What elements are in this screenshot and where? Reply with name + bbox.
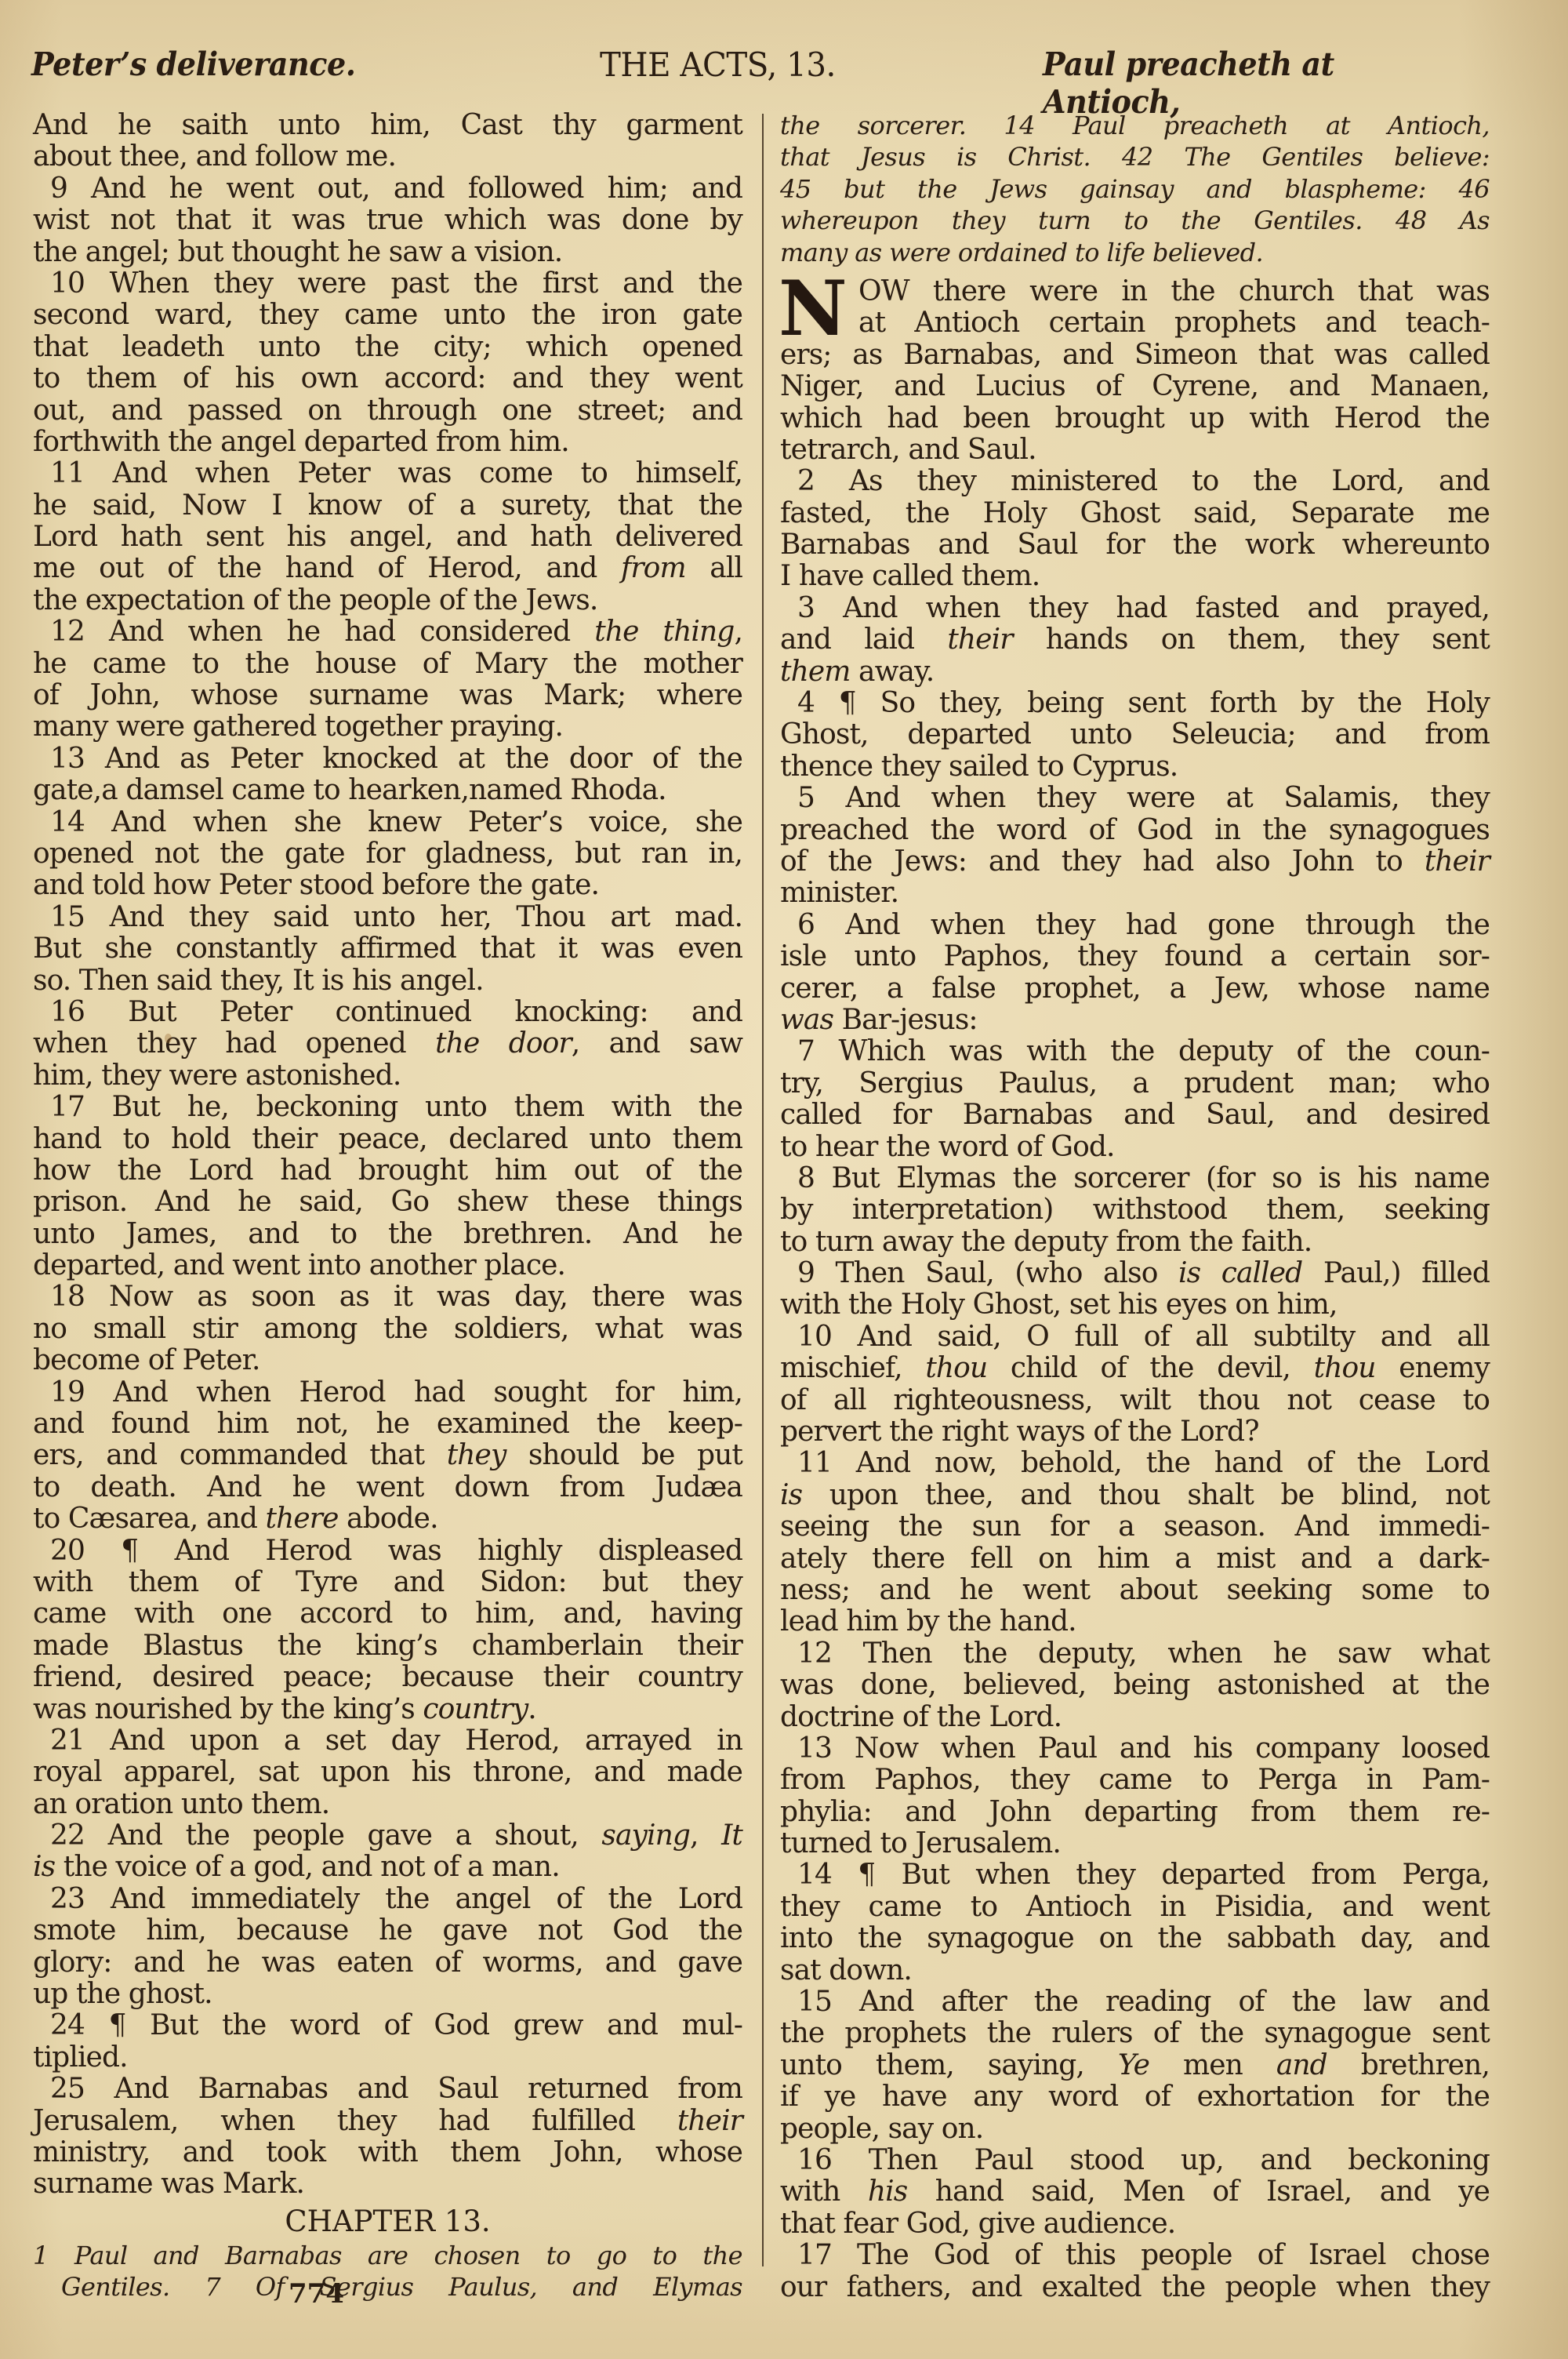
drop-cap: N <box>779 278 848 340</box>
text-line: 6 And when they had gone through the <box>780 910 1490 941</box>
text-line: sat down. <box>780 1955 1490 1986</box>
text-line: how the Lord had brought him out of the <box>33 1155 742 1187</box>
text-line: to turn away the deputy from the faith. <box>780 1227 1490 1258</box>
text-line: lead him by the hand. <box>780 1606 1490 1637</box>
text-line: by interpretation) withstood them, seeki… <box>780 1194 1490 1226</box>
text-line: that fear God, give audience. <box>780 2208 1490 2240</box>
running-head-left: Peter’s deliverance. <box>31 45 356 83</box>
left-column-text: And he saith unto him, Cast thy garmenta… <box>33 110 742 2201</box>
text-line: was done, believed, being astonished at … <box>780 1670 1490 1701</box>
text-line: surname was Mark. <box>33 2168 742 2200</box>
text-line: OW there were in the church that was <box>780 276 1490 307</box>
summary-line: whereupon they turn to the Gentiles. 48 … <box>780 205 1490 236</box>
text-line: forthwith the angel departed from him. <box>33 427 742 458</box>
running-head: Peter’s deliverance. THE ACTS, 13. Paul … <box>31 45 1490 93</box>
text-line: 10 When they were past the first and the <box>33 268 742 300</box>
text-line: out, and passed on through one street; a… <box>33 395 742 427</box>
text-line: into the synagogue on the sabbath day, a… <box>780 1923 1490 1954</box>
text-line: with his hand said, Men of Israel, and y… <box>780 2176 1490 2208</box>
text-line: phylia: and John departing from them re- <box>780 1797 1490 1828</box>
text-line: minister. <box>780 878 1490 909</box>
text-line: departed, and went into another place. <box>33 1250 742 1281</box>
text-line: called for Barnabas and Saul, and desire… <box>780 1100 1490 1131</box>
text-line: was nourished by the king’s country. <box>33 1694 742 1725</box>
text-line: the angel; but thought he saw a vision. <box>33 237 742 268</box>
text-line: Lord hath sent his angel, and hath deliv… <box>33 522 742 553</box>
text-line: 21 And upon a set day Herod, arrayed in <box>33 1725 742 1757</box>
text-line: 15 And they said unto her, Thou art mad. <box>33 902 742 933</box>
text-line: 25 And Barnabas and Saul returned from <box>33 2074 742 2105</box>
text-line: to death. And he went down from Judæa <box>33 1472 742 1503</box>
text-line: Niger, and Lucius of Cyrene, and Manaen, <box>780 371 1490 402</box>
text-line: hand to hold their peace, declared unto … <box>33 1124 742 1155</box>
summary-line: 1 Paul and Barnabas are chosen to go to … <box>33 2240 742 2271</box>
text-line: no small stir among the soldiers, what w… <box>33 1314 742 1345</box>
summary-line: Gentiles. 7 Of Sergius Paulus, and Elyma… <box>33 2271 742 2303</box>
text-line: unto them, saying, Ye men and brethren, <box>780 2050 1490 2081</box>
text-line: an oration unto them. <box>33 1789 742 1820</box>
text-line: 24 ¶ But the word of God grew and mul- <box>33 2010 742 2041</box>
text-line: at Antioch certain prophets and teach- <box>780 307 1490 339</box>
text-line: second ward, they came unto the iron gat… <box>33 300 742 331</box>
text-line: 11 And when Peter was come to himself, <box>33 458 742 489</box>
column-divider <box>762 114 764 2266</box>
chapter-summary: 1 Paul and Barnabas are chosen to go to … <box>33 2240 742 2303</box>
text-line: 14 ¶ But when they departed from Perga, <box>780 1859 1490 1891</box>
text-line: them away. <box>780 656 1490 688</box>
text-line: 3 And when they had fasted and prayed, <box>780 593 1490 624</box>
text-line: he came to the house of Mary the mother <box>33 649 742 680</box>
text-line: they came to Antioch in Pisidia, and wen… <box>780 1892 1490 1923</box>
text-line: 10 And said, O full of all subtilty and … <box>780 1321 1490 1353</box>
text-line: 23 And immediately the angel of the Lord <box>33 1884 742 1915</box>
text-line: prison. And he said, Go shew these thing… <box>33 1187 742 1218</box>
text-line: him, they were astonished. <box>33 1060 742 1092</box>
summary-line: that Jesus is Christ. 42 The Gentiles be… <box>780 141 1490 173</box>
text-line: 16 Then Paul stood up, and beckoning <box>780 2145 1490 2176</box>
text-line: 2 As they ministered to the Lord, and <box>780 466 1490 497</box>
text-line: And he saith unto him, Cast thy garment <box>33 110 742 141</box>
text-line: 5 And when they were at Salamis, they <box>780 783 1490 814</box>
chapter-summary-continued: the sorcerer. 14 Paul preacheth at Antio… <box>780 110 1490 268</box>
text-line: tiplied. <box>33 2042 742 2074</box>
text-line: to them of his own accord: and they went <box>33 363 742 394</box>
text-line: 9 And he went out, and followed him; and <box>33 173 742 205</box>
text-line: to Cæsarea, and there abode. <box>33 1503 742 1535</box>
text-line: of John, whose surname was Mark; where <box>33 680 742 711</box>
text-line: 17 But he, beckoning unto them with the <box>33 1092 742 1123</box>
text-line: glory: and he was eaten of worms, and ga… <box>33 1947 742 1979</box>
text-line: ness; and he went about seeking some to <box>780 1575 1490 1606</box>
text-line: 4 ¶ So they, being sent forth by the Hol… <box>780 688 1490 719</box>
text-line: thence they sailed to Cyprus. <box>780 751 1490 783</box>
text-line: gate,a damsel came to hearken,named Rhod… <box>33 775 742 806</box>
text-line: when they had opened the door, and saw <box>33 1028 742 1060</box>
text-line: 7 Which was with the deputy of the coun- <box>780 1036 1490 1067</box>
text-line: turned to Jerusalem. <box>780 1828 1490 1859</box>
text-line: 18 Now as soon as it was day, there was <box>33 1281 742 1313</box>
text-line: 19 And when Herod had sought for him, <box>33 1377 742 1408</box>
text-line: ers; as Barnabas, and Simeon that was ca… <box>780 340 1490 371</box>
page-number: 774 <box>289 2278 344 2310</box>
text-line: is upon thee, and thou shalt be blind, n… <box>780 1480 1490 1511</box>
text-line: isle unto Paphos, they found a certain s… <box>780 941 1490 972</box>
chapter-heading: CHAPTER 13. <box>33 2204 742 2240</box>
text-line: he said, Now I know of a surety, that th… <box>33 490 742 522</box>
text-line: 17 The God of this people of Israel chos… <box>780 2240 1490 2271</box>
summary-line: many as were ordained to life believed. <box>780 237 1490 268</box>
text-line: to hear the word of God. <box>780 1132 1490 1163</box>
text-line: become of Peter. <box>33 1345 742 1376</box>
text-line: 13 Now when Paul and his company loosed <box>780 1733 1490 1765</box>
text-line: I have called them. <box>780 561 1490 592</box>
text-line: was Bar-jesus: <box>780 1005 1490 1036</box>
text-line: ministry, and took with them John, whose <box>33 2137 742 2168</box>
text-line: opened not the gate for gladness, but ra… <box>33 838 742 870</box>
text-line: and found him not, he examined the keep- <box>33 1408 742 1440</box>
text-line: 14 And when she knew Peter’s voice, she <box>33 807 742 838</box>
text-line: the expectation of the people of the Jew… <box>33 585 742 616</box>
text-line: 8 But Elymas the sorcerer (for so is his… <box>780 1163 1490 1194</box>
text-line: which had been brought up with Herod the <box>780 403 1490 434</box>
text-line: 11 And now, behold, the hand of the Lord <box>780 1448 1490 1479</box>
text-line: 15 And after the reading of the law and <box>780 1986 1490 2018</box>
text-line: me out of the hand of Herod, and from al… <box>33 553 742 584</box>
summary-line: 45 but the Jews gainsay and blaspheme: 4… <box>780 173 1490 205</box>
running-head-center: THE ACTS, 13. <box>600 45 836 84</box>
text-line: But she constantly affirmed that it was … <box>33 933 742 965</box>
text-line: fasted, the Holy Ghost said, Separate me <box>780 498 1490 529</box>
text-line: 13 And as Peter knocked at the door of t… <box>33 743 742 775</box>
right-column: the sorcerer. 14 Paul preacheth at Antio… <box>780 110 1490 2303</box>
text-line: and told how Peter stood before the gate… <box>33 870 742 901</box>
text-line: doctrine of the Lord. <box>780 1702 1490 1733</box>
text-line: 12 And when he had considered the thing, <box>33 616 742 648</box>
text-line: unto James, and to the brethren. And he <box>33 1219 742 1250</box>
text-line: is the voice of a god, and not of a man. <box>33 1852 742 1883</box>
text-line: and laid their hands on them, they sent <box>780 624 1490 656</box>
text-line: 22 And the people gave a shout, saying, … <box>33 1820 742 1852</box>
text-line: of all righteousness, wilt thou not ceas… <box>780 1385 1490 1416</box>
text-line: up the ghost. <box>33 1979 742 2010</box>
text-line: 9 Then Saul, (who also is called Paul,) … <box>780 1258 1490 1289</box>
text-line: mischief, thou child of the devil, thou … <box>780 1353 1490 1384</box>
right-column-text: N OW there were in the church that wasat… <box>780 276 1490 2303</box>
text-line: tetrarch, and Saul. <box>780 434 1490 466</box>
text-line: made Blastus the king’s chamberlain thei… <box>33 1630 742 1662</box>
text-line: if ye have any word of exhortation for t… <box>780 2081 1490 2113</box>
text-line: of the Jews: and they had also John to t… <box>780 846 1490 878</box>
text-line: royal apparel, sat upon his throne, and … <box>33 1757 742 1788</box>
book-page: Peter’s deliverance. THE ACTS, 13. Paul … <box>0 0 1568 2359</box>
text-line: many were gathered together praying. <box>33 711 742 743</box>
text-line: ately there fell on him a mist and a dar… <box>780 1543 1490 1575</box>
text-line: Ghost, departed unto Seleucia; and from <box>780 719 1490 751</box>
text-line: friend, desired peace; because their cou… <box>33 1662 742 1693</box>
text-line: try, Sergius Paulus, a prudent man; who <box>780 1068 1490 1100</box>
text-line: 12 Then the deputy, when he saw what <box>780 1638 1490 1670</box>
text-line: 16 But Peter continued knocking: and <box>33 997 742 1028</box>
foxing-stain <box>165 1034 172 1043</box>
text-line: 20 ¶ And Herod was highly displeased <box>33 1536 742 1567</box>
text-line: pervert the right ways of the Lord? <box>780 1416 1490 1448</box>
text-line: so. Then said they, It is his angel. <box>33 965 742 997</box>
text-line: wist not that it was true which was done… <box>33 205 742 236</box>
text-line: people, say on. <box>780 2114 1490 2145</box>
text-line: from Paphos, they came to Perga in Pam- <box>780 1765 1490 1796</box>
text-line: seeing the sun for a season. And immedi- <box>780 1511 1490 1543</box>
text-line: the prophets the rulers of the synagogue… <box>780 2018 1490 2049</box>
text-line: preached the word of God in the synagogu… <box>780 815 1490 846</box>
text-line: cerer, a false prophet, a Jew, whose nam… <box>780 973 1490 1005</box>
summary-line: the sorcerer. 14 Paul preacheth at Antio… <box>780 110 1490 141</box>
text-line: with the Holy Ghost, set his eyes on him… <box>780 1289 1490 1321</box>
text-line: our fathers, and exalted the people when… <box>780 2272 1490 2303</box>
text-line: smote him, because he gave not God the <box>33 1915 742 1946</box>
text-line: came with one accord to him, and, having <box>33 1598 742 1630</box>
text-line: ers, and commanded that they should be p… <box>33 1440 742 1471</box>
text-line: that leadeth unto the city; which opened <box>33 332 742 363</box>
text-line: Jerusalem, when they had fulfilled their <box>33 2106 742 2137</box>
text-line: Barnabas and Saul for the work whereunto <box>780 529 1490 561</box>
text-line: with them of Tyre and Sidon: but they <box>33 1567 742 1598</box>
text-line: about thee, and follow me. <box>33 141 742 173</box>
left-column: And he saith unto him, Cast thy garmenta… <box>33 110 742 2311</box>
